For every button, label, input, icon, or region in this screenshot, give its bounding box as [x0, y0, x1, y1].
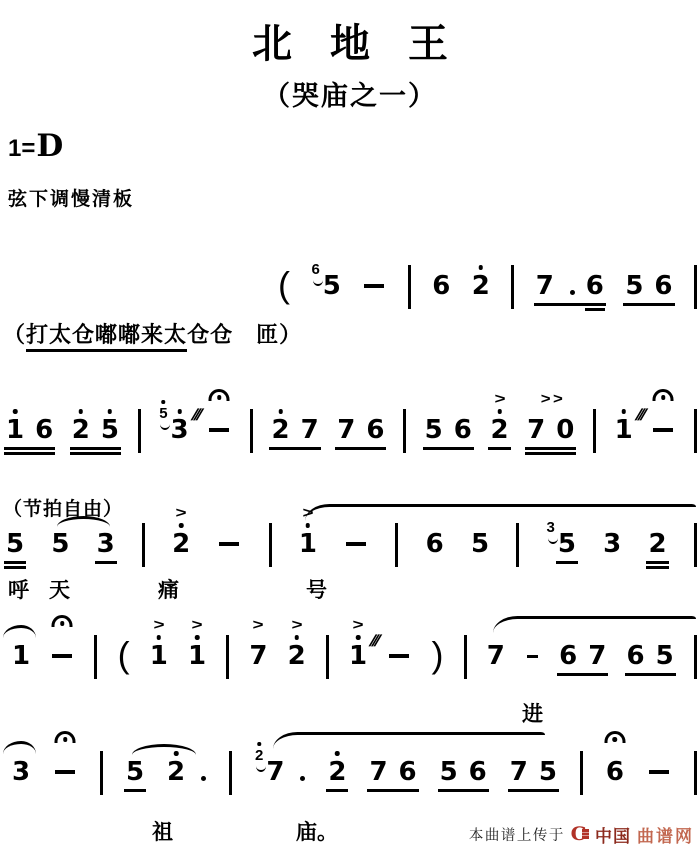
lyric-syllable: 呼	[8, 574, 29, 604]
octave-dot	[257, 742, 261, 746]
note-token: 2	[328, 758, 346, 786]
dash-note	[217, 530, 241, 558]
grace-digit: 3	[547, 519, 555, 536]
note-token: 25	[72, 416, 119, 444]
fermata	[209, 389, 230, 401]
parenthesis: (	[118, 639, 130, 671]
octave-dot	[177, 409, 182, 414]
note-token: 76	[369, 758, 416, 786]
note-digit: 5	[425, 416, 443, 444]
key-signature: 1=D	[8, 128, 63, 164]
beam-underline	[70, 452, 121, 455]
note-digit: 7	[266, 758, 284, 786]
note-group: 25	[72, 416, 119, 444]
music-line-3: 5532>1>653532	[0, 530, 700, 567]
note-digit: 7	[369, 758, 387, 786]
note-digit: 5	[440, 758, 458, 786]
note: 2>	[172, 530, 190, 558]
note-group: 67	[559, 642, 606, 670]
note: 6	[627, 642, 645, 670]
note-group: 5	[51, 530, 69, 558]
grace-digit: 5	[159, 405, 167, 422]
accent-mark: >	[353, 618, 364, 631]
free-tempo-label: （节拍自由）	[3, 494, 123, 521]
note: 7	[266, 758, 284, 786]
note: 1>	[349, 642, 367, 670]
site-logo-icon: C	[571, 826, 589, 843]
note-token: 1///	[615, 416, 633, 444]
note: 5	[440, 758, 458, 786]
dash-note	[362, 272, 386, 300]
note-digit: 0	[556, 416, 574, 444]
bar-line	[694, 265, 697, 309]
accent-marks: >>	[541, 392, 565, 405]
beam-underline	[4, 566, 26, 569]
bar-line	[100, 751, 103, 795]
note-token: 76	[337, 416, 384, 444]
grace-digit: 6	[311, 261, 319, 278]
note: 6	[654, 272, 672, 300]
site-name-bold: 中国	[595, 822, 631, 847]
note: 2	[472, 272, 490, 300]
note: 1>	[188, 642, 206, 670]
note-digit: 3	[97, 530, 115, 558]
note-group: 6	[606, 758, 624, 786]
note-token: 1>	[188, 642, 206, 670]
note: 5	[471, 530, 489, 558]
lyrics-row-2: 进	[0, 698, 700, 724]
percussion-segment: （	[3, 322, 26, 349]
note-group: 1	[12, 642, 30, 670]
note-token: 5	[6, 530, 24, 558]
bar-line	[694, 635, 697, 679]
note: 7	[369, 758, 387, 786]
note: 5	[126, 758, 144, 786]
note-group: 16	[6, 416, 53, 444]
note-digit: 2	[472, 272, 490, 300]
bar-line	[395, 523, 398, 567]
note: 6	[454, 416, 472, 444]
lyric-syllable: 祖	[152, 816, 173, 846]
note-digit: 5	[323, 272, 341, 300]
note-token: 75	[510, 758, 557, 786]
sheet-music-page: 北地王 （哭庙之一） 1=D 弦下调慢清板 (65627656 （打太仓嘟嘟来太…	[0, 0, 700, 854]
note-token: 65	[627, 642, 674, 670]
note-token: 2	[472, 272, 490, 300]
note: 7	[301, 416, 319, 444]
note-digit: 3	[603, 530, 621, 558]
note-group: 56	[440, 758, 487, 786]
note: 5	[539, 758, 557, 786]
watermark: 本曲谱上传于 C 中国 曲谱网	[469, 822, 694, 847]
note-group: 56	[425, 416, 472, 444]
note-digit: 5	[101, 416, 119, 444]
note-digit: 2	[167, 758, 185, 786]
beam-underline	[646, 561, 668, 564]
beam-underline	[525, 452, 576, 455]
beam-underline	[525, 447, 576, 450]
note: 2	[72, 416, 90, 444]
beam-underline	[534, 303, 606, 306]
bar-line	[326, 635, 329, 679]
lyric-syllable: 号	[306, 574, 327, 604]
note-token: 1>///	[349, 642, 367, 670]
octave-dot	[621, 409, 626, 414]
beam-underline	[4, 447, 55, 450]
dash-note	[53, 758, 77, 786]
percussion-segment: 匝）	[233, 322, 302, 349]
beam-underline	[70, 447, 121, 450]
note-token: 2>	[172, 530, 190, 558]
lyric-syllable: 庙。	[296, 816, 338, 846]
note: 5	[425, 416, 443, 444]
note-digit: 5	[656, 642, 674, 670]
note-digit: 7	[588, 642, 606, 670]
octave-dot	[294, 635, 299, 640]
beam-underline	[623, 303, 674, 306]
duration-hyphen	[525, 642, 539, 670]
note-token: 27	[255, 758, 305, 786]
note-digit: 2	[490, 416, 508, 444]
note-token: 6	[432, 272, 450, 300]
bar-line	[511, 265, 514, 309]
note-group: 27	[271, 416, 318, 444]
note-digit: 6	[454, 416, 472, 444]
note-digit: 5	[558, 530, 576, 558]
note-group: 3	[12, 758, 30, 786]
note-token: 7	[487, 642, 505, 670]
note-group: 6	[426, 530, 444, 558]
note-token: 2>	[490, 416, 508, 444]
lyric-syllable: 进	[522, 698, 543, 728]
note-token: 70>>	[527, 416, 574, 444]
note-group: 3	[97, 530, 115, 558]
note: 2	[328, 758, 346, 786]
note: 3	[12, 758, 30, 786]
note-token: 65	[311, 272, 340, 300]
percussion-segment: 来太	[141, 322, 187, 352]
note-group: 2	[167, 758, 206, 786]
slur-arc	[132, 744, 196, 755]
note-digit: 6	[654, 272, 672, 300]
note-digit: 6	[426, 530, 444, 558]
note: 2	[167, 758, 185, 786]
beam-underline	[367, 789, 418, 792]
note: 7	[588, 642, 606, 670]
bar-line	[694, 751, 697, 795]
bar-line	[142, 523, 145, 567]
note-group: 2	[648, 530, 666, 558]
percussion-segment: 仓仓	[187, 322, 233, 349]
note-token: 16	[6, 416, 53, 444]
octave-dot	[179, 523, 184, 528]
grace-tie	[256, 765, 266, 772]
note-digit: 1	[615, 416, 633, 444]
note-digit: 1	[12, 642, 30, 670]
tempo-marking: 弦下调慢清板	[8, 184, 134, 211]
note-digit: 1	[299, 530, 317, 558]
note: 1	[6, 416, 24, 444]
note-token: 3	[97, 530, 115, 558]
note: 6	[426, 530, 444, 558]
tie-arc	[3, 625, 36, 638]
duration-dot	[300, 776, 305, 781]
note-group: 2	[328, 758, 346, 786]
note-group: 76	[337, 416, 384, 444]
slur-arc	[273, 732, 546, 749]
note-group: 7>	[249, 642, 267, 670]
dash-note	[387, 642, 411, 670]
note: 7	[510, 758, 528, 786]
octave-dot	[79, 409, 84, 414]
note: 6	[432, 272, 450, 300]
note-digit: 7	[527, 416, 545, 444]
note: 5	[323, 272, 341, 300]
bar-line	[138, 409, 141, 453]
note-token: 3	[603, 530, 621, 558]
note: 7	[536, 272, 554, 300]
bar-line	[403, 409, 406, 453]
accent-mark: >	[191, 618, 202, 631]
note-group: 6	[432, 272, 450, 300]
beam-underline	[4, 561, 26, 564]
note: 3	[603, 530, 621, 558]
note: 6	[399, 758, 417, 786]
note-token: 76	[536, 272, 604, 300]
bar-line	[694, 409, 697, 453]
note-digit: 5	[51, 530, 69, 558]
note-digit: 6	[399, 758, 417, 786]
grace-note: 6	[311, 261, 319, 279]
note-digit: 5	[539, 758, 557, 786]
note-group: 3///	[171, 416, 189, 444]
accent-mark: >	[494, 392, 505, 405]
note-group: 70>>	[527, 416, 574, 444]
note-token: 5	[126, 758, 144, 786]
grace-tie	[548, 537, 558, 544]
key-prefix: 1=	[8, 135, 35, 162]
bar-line	[269, 523, 272, 567]
note-digit: 5	[625, 272, 643, 300]
bar-line	[408, 265, 411, 309]
note-digit: 6	[586, 272, 604, 300]
note-digit: 2	[328, 758, 346, 786]
note-token: 56	[425, 416, 472, 444]
note-group: 76	[536, 272, 604, 300]
dash-note	[651, 416, 675, 444]
note-digit: 6	[469, 758, 487, 786]
beam-underline	[95, 561, 117, 564]
note-token: 67	[559, 642, 606, 670]
note-digit: 6	[432, 272, 450, 300]
note: 7	[337, 416, 355, 444]
note-group: 7	[266, 758, 305, 786]
note-digit: 6	[606, 758, 624, 786]
tremolo-marks: ///	[190, 407, 201, 425]
note-group: 3	[603, 530, 621, 558]
music-line-2: 162553///2776562>70>>1///	[0, 416, 700, 453]
bar-line	[464, 635, 467, 679]
note-group: 2>	[288, 642, 306, 670]
beam-underline	[557, 673, 608, 676]
octave-dot	[162, 400, 166, 404]
beam-underline	[326, 789, 348, 792]
note-group: 76	[369, 758, 416, 786]
note: 0	[556, 416, 574, 444]
extra-underline	[585, 308, 605, 311]
note: 2	[648, 530, 666, 558]
lyrics-row-1: 呼天痛号	[0, 574, 700, 600]
note-token: 56	[440, 758, 487, 786]
note: 1>	[150, 642, 168, 670]
fermata	[55, 731, 76, 743]
note: 1>	[299, 530, 317, 558]
octave-dot	[479, 265, 484, 270]
octave-dot	[497, 409, 502, 414]
note-token: 2	[167, 758, 206, 786]
note-group: 56	[625, 272, 672, 300]
note-digit: 7	[536, 272, 554, 300]
lyric-syllable: 天	[49, 574, 70, 604]
note: 5	[6, 530, 24, 558]
note-digit: 2	[648, 530, 666, 558]
note-group: 2>	[172, 530, 190, 558]
note-token: 56	[625, 272, 672, 300]
note-group: 5	[558, 530, 576, 558]
percussion-segment: 打太	[26, 322, 72, 352]
note: 1	[615, 416, 633, 444]
note-group: 65	[627, 642, 674, 670]
note-digit: 1	[188, 642, 206, 670]
slur-arc	[305, 504, 696, 521]
note-digit: 3	[12, 758, 30, 786]
note-digit: 7	[510, 758, 528, 786]
tremolo-marks: ///	[634, 407, 645, 425]
fermata	[653, 389, 674, 401]
note: 6	[35, 416, 53, 444]
note: 3	[97, 530, 115, 558]
lyric-syllable: 痛	[158, 574, 179, 604]
parenthesis: )	[431, 639, 443, 671]
note-digit: 2	[172, 530, 190, 558]
note-digit: 1	[349, 642, 367, 670]
note-digit: 7	[487, 642, 505, 670]
note-group: 1>	[188, 642, 206, 670]
note-digit: 7	[301, 416, 319, 444]
note-digit: 6	[627, 642, 645, 670]
octave-dot	[13, 409, 18, 414]
bar-line	[580, 751, 583, 795]
note-group: 1>	[150, 642, 168, 670]
music-line-5: 3522727656756	[0, 758, 700, 795]
note-group: 1>	[299, 530, 317, 558]
note: 2>	[490, 416, 508, 444]
note: 5	[101, 416, 119, 444]
bar-line	[94, 635, 97, 679]
note-group: 5	[126, 758, 144, 786]
tremolo-marks: ///	[368, 633, 379, 651]
octave-dot	[278, 409, 283, 414]
note-group: 2	[472, 272, 490, 300]
beam-underline	[124, 789, 146, 792]
note-token: 2	[648, 530, 666, 558]
tie-arc	[3, 741, 36, 754]
note-group: 5	[323, 272, 341, 300]
percussion-segment: 仓嘟嘟	[72, 322, 141, 352]
note-digit: 5	[471, 530, 489, 558]
duration-dot	[201, 776, 206, 781]
music-line-1: (65627656	[0, 272, 700, 309]
octave-dot	[306, 523, 311, 528]
bar-line	[593, 409, 596, 453]
note-token: 5	[51, 530, 69, 558]
note-token: 27	[271, 416, 318, 444]
beam-underline	[335, 447, 386, 450]
note-group: 5	[471, 530, 489, 558]
note: 5	[625, 272, 643, 300]
note: 5	[558, 530, 576, 558]
note-digit: 6	[35, 416, 53, 444]
note-digit: 5	[6, 530, 24, 558]
grace-note: 3	[547, 519, 555, 537]
note-digit: 1	[6, 416, 24, 444]
octave-dot	[195, 635, 200, 640]
note: 7>	[249, 642, 267, 670]
accent-mark: >	[253, 618, 264, 631]
grace-note: 5	[159, 405, 167, 423]
grace-note: 2	[255, 747, 263, 765]
duration-dot	[570, 290, 575, 295]
dash-note	[647, 758, 671, 786]
octave-dot	[108, 409, 113, 414]
note-token: 1>	[150, 642, 168, 670]
note: 3	[171, 416, 189, 444]
octave-dot	[157, 635, 162, 640]
grace-tie	[160, 423, 170, 430]
note-token: 1	[12, 642, 30, 670]
note-token: 35	[547, 530, 576, 558]
beam-underline	[269, 447, 320, 450]
beam-underline	[423, 447, 474, 450]
note: 7	[527, 416, 545, 444]
note-digit: 6	[366, 416, 384, 444]
beam-underline	[625, 673, 676, 676]
note-digit: 7	[337, 416, 355, 444]
beam-underline	[488, 447, 510, 450]
grace-digit: 2	[255, 747, 263, 764]
note-digit: 6	[559, 642, 577, 670]
note-group: 75	[510, 758, 557, 786]
note: 7	[487, 642, 505, 670]
note-token: 1>	[299, 530, 317, 558]
note: 6	[469, 758, 487, 786]
beam-underline	[556, 561, 578, 564]
dash-note	[344, 530, 368, 558]
bar-line	[516, 523, 519, 567]
octave-dot	[356, 635, 361, 640]
note-group: 1>///	[349, 642, 367, 670]
note-token: 5	[471, 530, 489, 558]
note: 2	[271, 416, 289, 444]
note: 6	[559, 642, 577, 670]
accent-mark: >	[153, 618, 164, 631]
note-group: 7	[487, 642, 505, 670]
page-title: 北地王	[0, 12, 700, 69]
note: 1	[12, 642, 30, 670]
note-digit: 3	[171, 416, 189, 444]
note-digit: 7	[249, 642, 267, 670]
note-digit: 2	[271, 416, 289, 444]
